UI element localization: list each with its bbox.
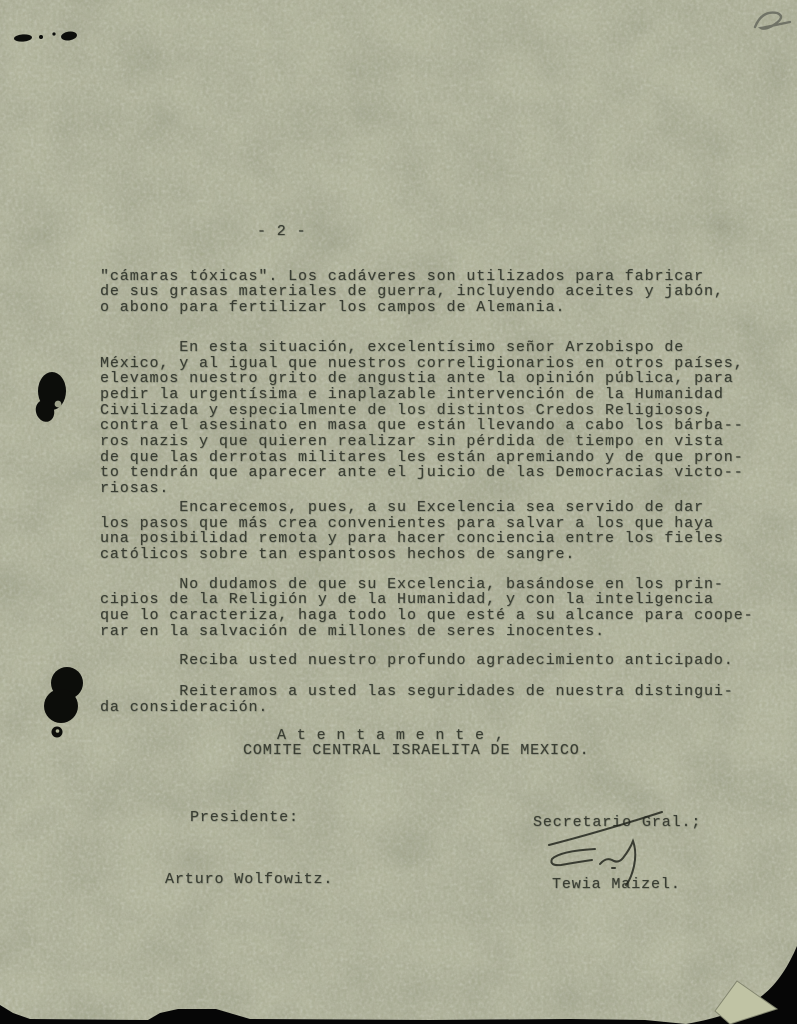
- text-line: que lo caracteriza, haga todo lo que est…: [100, 608, 765, 624]
- text-line: contra el asesinato en masa que están ll…: [100, 418, 765, 434]
- paragraph-confidence: No dudamos de que su Excelencia, basándo…: [100, 577, 765, 640]
- letter-body: - 2 - "cámaras tóxicas". Los cadáveres s…: [100, 224, 765, 887]
- text-line: una posibilidad remota y para hacer conc…: [100, 531, 765, 547]
- text-line: México, y al igual que nuestros correlig…: [100, 356, 765, 372]
- text-line: o abono para fertilizar los campos de Al…: [100, 300, 765, 316]
- text-line: católicos sobre tan espantosos hechos de…: [100, 547, 765, 563]
- text-line: rar en la salvación de millones de seres…: [100, 624, 765, 640]
- text-line: Reciba usted nuestro profundo agradecimi…: [100, 653, 765, 669]
- president-title: Presidente:: [190, 810, 299, 826]
- text-line: ros nazis y que quieren realizar sin pér…: [100, 434, 765, 450]
- paragraph-appeal: En esta situación, excelentísimo señor A…: [100, 340, 765, 497]
- scanned-letter-page: - 2 - "cámaras tóxicas". Los cadáveres s…: [0, 0, 797, 1024]
- paragraph-thanks: Reciba usted nuestro profundo agradecimi…: [100, 653, 765, 669]
- paragraph-request: Encarecemos, pues, a su Excelencia sea s…: [100, 500, 765, 563]
- text-line: de sus grasas materiales de guerra, incl…: [100, 284, 765, 300]
- text-line: No dudamos de que su Excelencia, basándo…: [100, 577, 765, 593]
- text-line: Encarecemos, pues, a su Excelencia sea s…: [100, 500, 765, 516]
- paragraph-gas-chambers: "cámaras tóxicas". Los cadáveres son uti…: [100, 269, 765, 316]
- text-line: cipios de la Religión y de la Humanidad,…: [100, 592, 765, 608]
- secretary-title: Secretario Gral.;: [533, 815, 701, 831]
- text-line: Reiteramos a usted las seguridades de nu…: [100, 684, 765, 700]
- president-name: Arturo Wolfowitz.: [165, 872, 333, 888]
- secretary-name: Tewia Maizel.: [552, 877, 681, 893]
- text-line: to tendrán que aparecer ante el juicio d…: [100, 465, 765, 481]
- page-number: - 2 -: [257, 224, 765, 240]
- paragraph-regards: Reiteramos a usted las seguridades de nu…: [100, 684, 765, 715]
- signature-names-row: Arturo Wolfowitz. Tewia Maizel.: [100, 872, 765, 888]
- text-line: riosas.: [100, 481, 765, 497]
- signature-titles-row: Presidente: Secretario Gral.;: [100, 810, 765, 826]
- closing-salutation: A t e n t a m e n t e ,: [277, 728, 765, 744]
- text-line: elevamos nuestro grito de angustia ante …: [100, 371, 765, 387]
- text-line: los pasos que más crea convenientes para…: [100, 516, 765, 532]
- text-line: da consideración.: [100, 700, 765, 716]
- text-line: En esta situación, excelentísimo señor A…: [100, 340, 765, 356]
- text-line: pedir la urgentísima e inaplazable inter…: [100, 387, 765, 403]
- organization-name: COMITE CENTRAL ISRAELITA DE MEXICO.: [243, 743, 765, 759]
- text-line: Civilizada y especialmente de los distin…: [100, 403, 765, 419]
